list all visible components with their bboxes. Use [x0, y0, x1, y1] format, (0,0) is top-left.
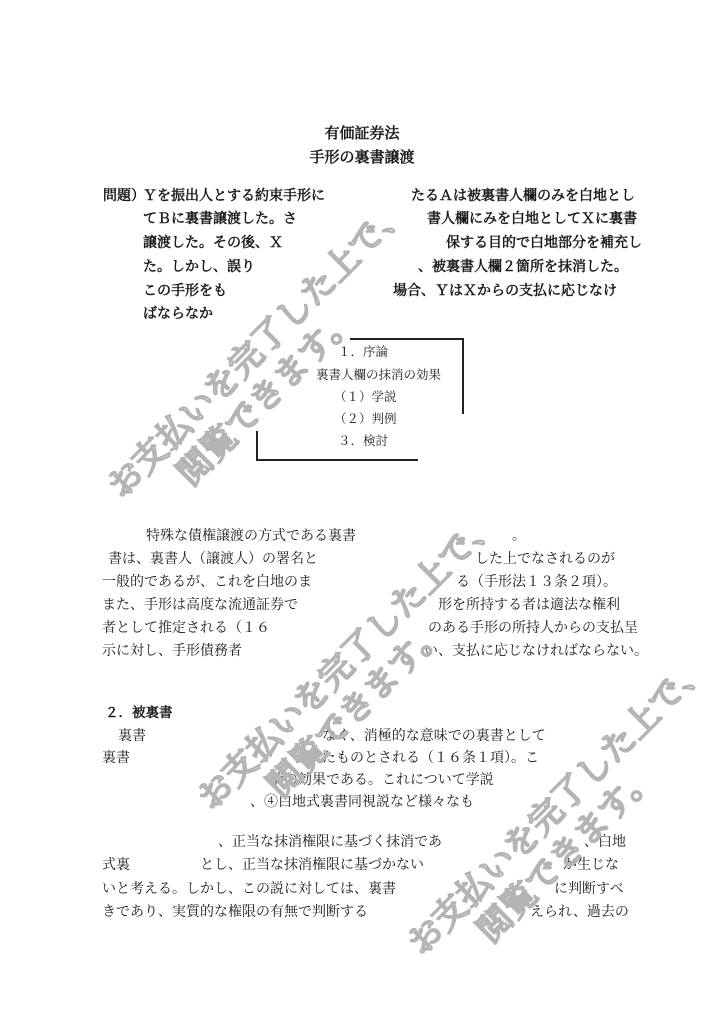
problem-line-right: 、被裏書人欄２箇所を抹消した。	[418, 258, 628, 276]
problem-line-left: てＢに裏書譲渡した。さ	[143, 210, 297, 228]
subject-title: 有価証券法	[0, 122, 724, 143]
body-text: きであり、実質的な権限の有無で判断する	[102, 903, 368, 921]
body-text: また、手形は高度な流通証券で	[102, 596, 298, 614]
document-title: 手形の裏書譲渡	[0, 146, 724, 167]
problem-line-right: たるＡは被裏書人欄のみを白地とし	[411, 187, 635, 205]
body-text: いと考える。しかし、この説に対しては、裏書	[102, 880, 396, 898]
body-text: とし、正当な抹消権限に基づかない	[200, 856, 424, 874]
toc-item: 裏書人欄の抹消の効果	[316, 367, 441, 383]
toc-item: （１）学説	[334, 389, 397, 405]
toc-item: １．序論	[338, 344, 388, 360]
toc-item: （２）判例	[334, 411, 397, 427]
problem-line-right: 保する目的で白地部分を補充し	[446, 234, 642, 252]
body-text: 式裏	[102, 856, 130, 874]
problem-line-left: 譲渡した。その後、Ｘ	[143, 234, 283, 252]
body-text: 書は、裏書人（譲渡人）の署名と	[108, 550, 318, 568]
body-text: 特殊な債権譲渡の方式である裏書	[146, 527, 356, 545]
toc-border-left	[256, 431, 258, 461]
problem-line-left: Ｙを振出人とする約束手形に	[143, 187, 325, 205]
body-text: 者として推定される（１６	[102, 619, 270, 637]
body-text: 示に対し、手形債務者	[102, 642, 242, 660]
body-text: たものとされる（１６条１項）。こ	[322, 749, 539, 767]
body-text: い、支払に応じなければならない。	[424, 642, 648, 660]
section-heading: ２．被裏書	[105, 704, 173, 722]
toc-item: ３．検討	[338, 433, 388, 449]
toc-border-bottom	[256, 459, 418, 461]
problem-line-left: た。しかし、誤り	[143, 258, 255, 276]
watermark-line-2: 閲覧できます。	[428, 675, 724, 991]
body-text: 裏書	[102, 749, 130, 767]
problem-line-right: 書人欄にみを白地としてＸに裏書	[427, 210, 637, 228]
problem-line-left: この手形をも	[143, 282, 227, 300]
watermark: お支払いを完了した上で、 閲覧できます。	[400, 647, 724, 992]
problem-line-left: ばならなか	[143, 305, 213, 323]
body-text: 一般的であるが、これを白地のま	[102, 573, 312, 591]
problem-line-right: 場合、ＹはＸからの支払に応じなけ	[393, 282, 617, 300]
toc-border-right	[462, 338, 464, 414]
body-text: 裏書	[118, 727, 146, 745]
body-text: えられ、過去の	[530, 903, 629, 921]
document-page: 有価証券法 手形の裏書譲渡 問題） Ｙを振出人とする約束手形に たるＡは被裏書人…	[0, 0, 724, 1024]
toc-border-top	[350, 338, 464, 340]
problem-label: 問題）	[103, 187, 145, 205]
